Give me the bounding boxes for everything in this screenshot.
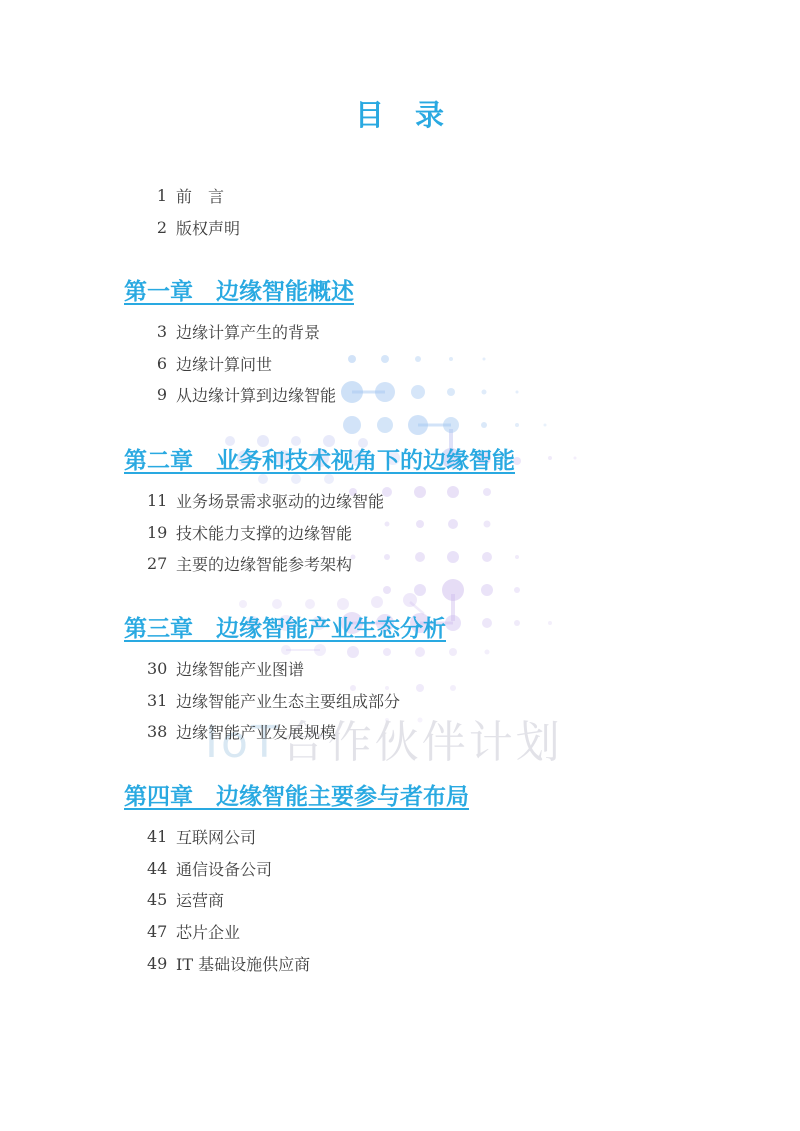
- chapter-4-section: 第四章 边缘智能主要参与者布局 41互联网公司44通信设备公司45运营商47芯片…: [0, 782, 800, 979]
- toc-item-number: 30: [147, 659, 167, 678]
- toc-item-label: 前 言: [176, 184, 224, 207]
- toc-item-label: 技术能力支撑的边缘智能: [176, 521, 352, 544]
- toc-item-number: 3: [147, 322, 167, 341]
- toc-item-number: 27: [147, 554, 167, 573]
- toc-item: 3边缘计算产生的背景: [0, 316, 800, 348]
- chapter-3-items: 30边缘智能产业图谱31边缘智能产业生态主要组成部分38边缘智能产业发展规模: [0, 653, 800, 748]
- toc-item-number: 47: [147, 922, 167, 941]
- toc-item-label: 边缘智能产业生态主要组成部分: [176, 689, 400, 712]
- toc-item: 27主要的边缘智能参考架构: [0, 548, 800, 580]
- toc-item: 44通信设备公司: [0, 853, 800, 885]
- chapter-2-items: 11业务场景需求驱动的边缘智能19技术能力支撑的边缘智能27主要的边缘智能参考架…: [0, 485, 800, 580]
- toc-item-label: 芯片企业: [176, 920, 240, 943]
- toc-item: 1前 言: [0, 180, 800, 212]
- chapter-1-section: 第一章 边缘智能概述 3边缘计算产生的背景6边缘计算问世9从边缘计算到边缘智能: [0, 277, 800, 411]
- toc-item-number: 9: [147, 385, 167, 404]
- toc-item: 30边缘智能产业图谱: [0, 653, 800, 685]
- toc-item: 49IT 基础设施供应商: [0, 947, 800, 979]
- toc-item-number: 19: [147, 523, 167, 542]
- toc-item-label: 边缘智能产业图谱: [176, 657, 304, 680]
- page-title: 目 录: [0, 98, 800, 133]
- front-matter-list: 1前 言2版权声明: [0, 180, 800, 243]
- toc-item-number: 11: [147, 491, 167, 510]
- toc-item-label: 边缘智能产业发展规模: [176, 720, 336, 743]
- toc-item-number: 44: [147, 859, 167, 878]
- chapter-2-section: 第二章 业务和技术视角下的边缘智能 11业务场景需求驱动的边缘智能19技术能力支…: [0, 446, 800, 580]
- toc-item-label: 主要的边缘智能参考架构: [176, 552, 352, 575]
- toc-item: 47芯片企业: [0, 916, 800, 948]
- chapter-3-heading-link[interactable]: 第三章 边缘智能产业生态分析: [124, 614, 446, 644]
- toc-item-number: 6: [147, 354, 167, 373]
- toc-item-label: 通信设备公司: [176, 857, 272, 880]
- toc-item: 19技术能力支撑的边缘智能: [0, 517, 800, 549]
- toc-item: 45运营商: [0, 884, 800, 916]
- toc-item-number: 45: [147, 890, 167, 909]
- toc-item-number: 31: [147, 691, 167, 710]
- chapter-4-heading-link[interactable]: 第四章 边缘智能主要参与者布局: [124, 782, 469, 812]
- toc-item-number: 38: [147, 722, 167, 741]
- chapter-2-heading-link[interactable]: 第二章 业务和技术视角下的边缘智能: [124, 446, 515, 476]
- toc-item: 2版权声明: [0, 212, 800, 244]
- toc-item-label: 业务场景需求驱动的边缘智能: [176, 489, 384, 512]
- toc-item-label: 版权声明: [176, 216, 240, 239]
- chapter-1-items: 3边缘计算产生的背景6边缘计算问世9从边缘计算到边缘智能: [0, 316, 800, 411]
- toc-item-label: IT 基础设施供应商: [176, 952, 310, 975]
- toc-item-label: 边缘计算产生的背景: [176, 320, 320, 343]
- toc-item-label: 边缘计算问世: [176, 352, 272, 375]
- toc-item: 38边缘智能产业发展规模: [0, 716, 800, 748]
- toc-page: IoT合作伙伴计划 目 录 1前 言2版权声明 第一章 边缘智能概述 3边缘计算…: [0, 0, 800, 1131]
- toc-content: 目 录 1前 言2版权声明 第一章 边缘智能概述 3边缘计算产生的背景6边缘计算…: [0, 0, 800, 1131]
- toc-item: 9从边缘计算到边缘智能: [0, 379, 800, 411]
- toc-item-label: 互联网公司: [176, 825, 256, 848]
- toc-item: 41互联网公司: [0, 821, 800, 853]
- chapter-3-section: 第三章 边缘智能产业生态分析 30边缘智能产业图谱31边缘智能产业生态主要组成部…: [0, 614, 800, 748]
- chapter-4-items: 41互联网公司44通信设备公司45运营商47芯片企业49IT 基础设施供应商: [0, 821, 800, 979]
- toc-item-label: 运营商: [176, 888, 224, 911]
- toc-item-number: 41: [147, 827, 167, 846]
- toc-item: 11业务场景需求驱动的边缘智能: [0, 485, 800, 517]
- toc-item: 6边缘计算问世: [0, 348, 800, 380]
- toc-item-label: 从边缘计算到边缘智能: [176, 383, 336, 406]
- toc-item-number: 1: [147, 186, 167, 205]
- chapter-1-heading-link[interactable]: 第一章 边缘智能概述: [124, 277, 354, 307]
- toc-item: 31边缘智能产业生态主要组成部分: [0, 685, 800, 717]
- toc-item-number: 49: [147, 954, 167, 973]
- toc-item-number: 2: [147, 218, 167, 237]
